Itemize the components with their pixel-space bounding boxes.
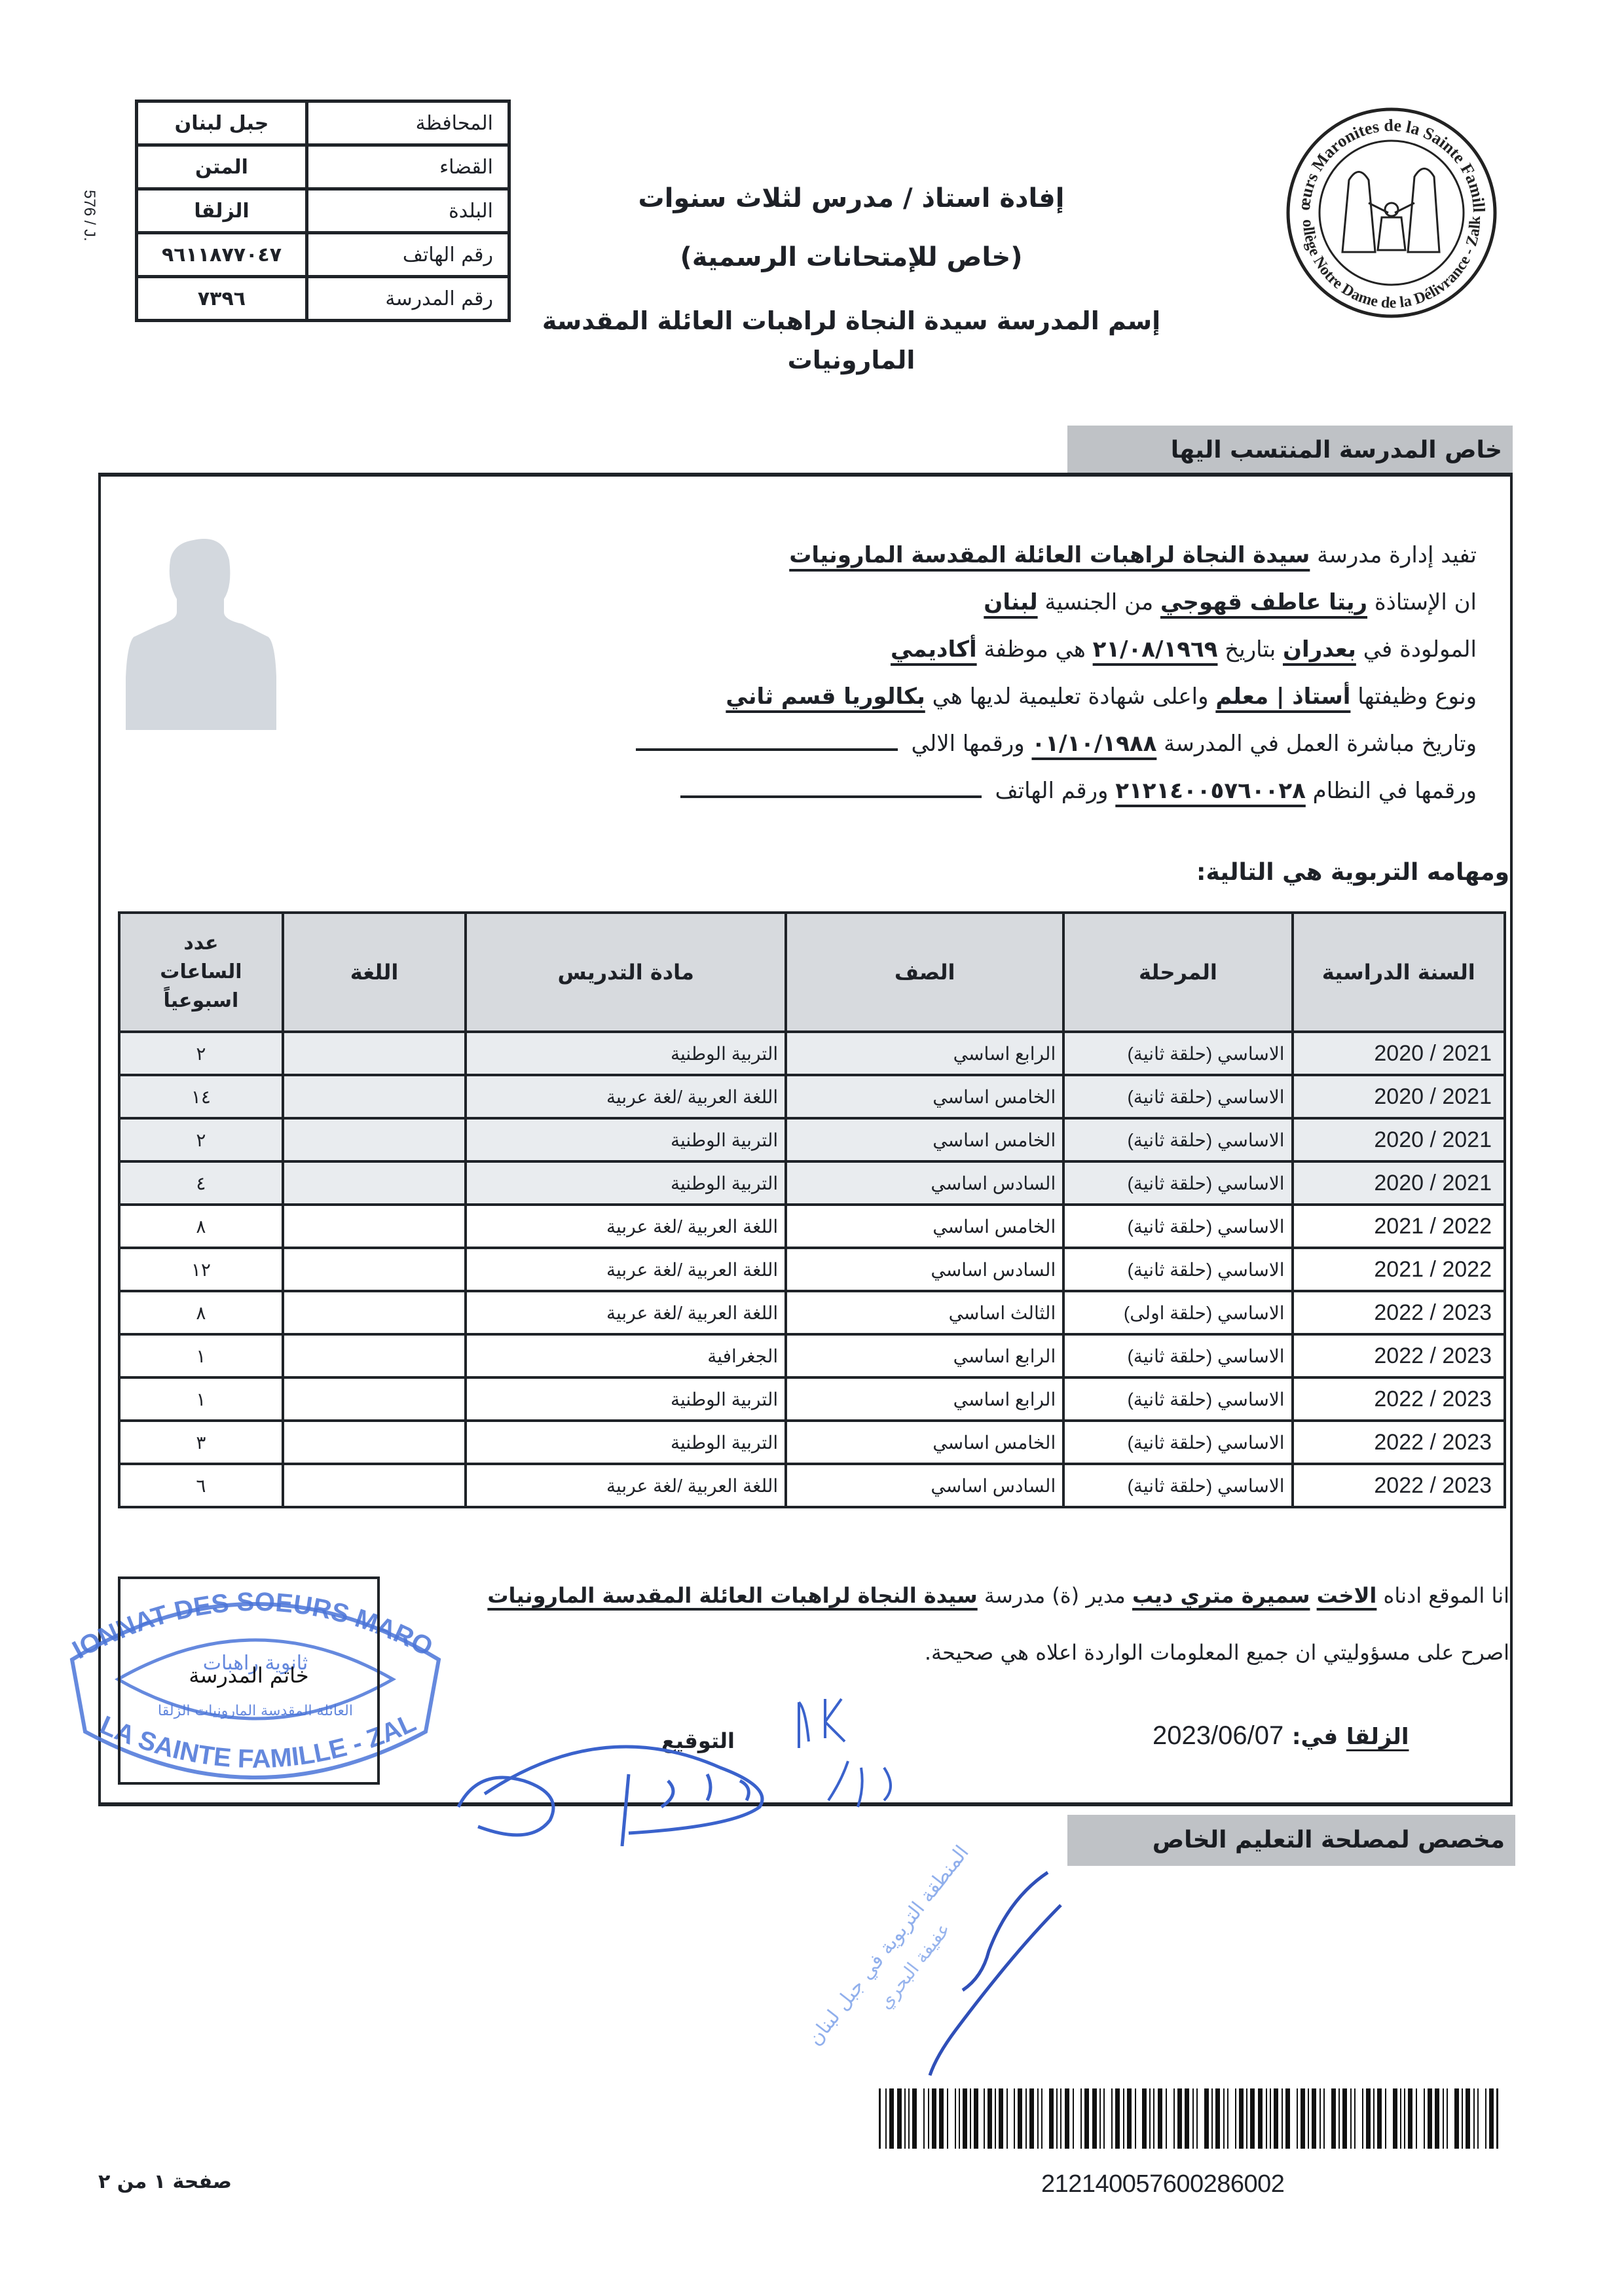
barcode-number: 212140057600286002 bbox=[1041, 2170, 1284, 2198]
info-row: المحافظة جبل لبنان bbox=[137, 101, 509, 145]
nationality-value: لبنان bbox=[984, 589, 1037, 615]
cell-grade: الخامس اساسي bbox=[786, 1205, 1063, 1248]
cell-grade: الثالث اساسي bbox=[786, 1291, 1063, 1334]
info-label: المحافظة bbox=[307, 101, 509, 145]
cell-stage: الاساسي (حلقة ثانية) bbox=[1063, 1377, 1292, 1421]
handwritten-note: A·K وارد bbox=[816, 1727, 819, 1729]
cell-subject: اللغة العربية /لغة عربية bbox=[466, 1464, 786, 1507]
info-value: ٩٦١١٨٧٧٠٤٧ bbox=[137, 233, 307, 277]
cert-line-4: ونوع وظيفتها أستاذ | معلم واعلى شهادة تع… bbox=[726, 673, 1477, 720]
cell-grade: الرابع اساسي bbox=[786, 1377, 1063, 1421]
place-value: الزلقا bbox=[1346, 1724, 1409, 1750]
table-row: 2021 / 2022 الاساسي (حلقة ثانية) السادس … bbox=[119, 1248, 1505, 1291]
date-value: 2023/06/07 bbox=[1153, 1721, 1283, 1750]
cell-hours: ٢ bbox=[119, 1032, 283, 1075]
cell-year: 2021 / 2022 bbox=[1293, 1205, 1505, 1248]
table-header-row: السنة الدراسية المرحلة الصف مادة التدريس… bbox=[119, 913, 1505, 1032]
cell-hours: ٤ bbox=[119, 1161, 283, 1205]
cert-text: وتاريخ مباشرة العمل في المدرسة bbox=[1164, 731, 1477, 757]
section-private-education-header: مخصص لمصلحة التعليم الخاص bbox=[1067, 1815, 1515, 1866]
cell-grade: الرابع اساسي bbox=[786, 1032, 1063, 1075]
cell-language bbox=[283, 1075, 466, 1118]
document-subtitle: (خاص للإمتحانات الرسمية) bbox=[524, 242, 1179, 272]
header-language: اللغة bbox=[283, 913, 466, 1032]
table-row: 2021 / 2022 الاساسي (حلقة ثانية) الخامس … bbox=[119, 1205, 1505, 1248]
teaching-tasks-table: السنة الدراسية المرحلة الصف مادة التدريس… bbox=[118, 911, 1506, 1508]
table-row: 2022 / 2023 الاساسي (حلقة ثانية) الرابع … bbox=[119, 1377, 1505, 1421]
cell-grade: الخامس اساسي bbox=[786, 1075, 1063, 1118]
table-row: 2020 / 2021 الاساسي (حلقة ثانية) السادس … bbox=[119, 1161, 1505, 1205]
cert-text: بتاريخ bbox=[1225, 636, 1276, 663]
header-weekly-hours: عدد الساعات اسبوعياً bbox=[119, 913, 283, 1032]
certificate-paragraph: تفيد إدارة مدرسة سيدة النجاة لراهبات الع… bbox=[232, 532, 1477, 793]
cell-year: 2022 / 2023 bbox=[1293, 1377, 1505, 1421]
decl-school-name: سيدة النجاة لراهبات العائلة المقدسة الما… bbox=[487, 1583, 977, 1608]
cell-hours: ٣ bbox=[119, 1421, 283, 1464]
cert-text: المولودة في bbox=[1363, 636, 1477, 663]
cell-year: 2020 / 2021 bbox=[1293, 1161, 1505, 1205]
info-value: الزلقا bbox=[137, 189, 307, 233]
table-row: 2022 / 2023 الاساسي (حلقة اولى) الثالث ا… bbox=[119, 1291, 1505, 1334]
cert-line-5: وتاريخ مباشرة العمل في المدرسة ٠١/١٠/١٩٨… bbox=[636, 720, 1477, 767]
cell-hours: ٨ bbox=[119, 1205, 283, 1248]
regional-stamp: المنطقة التربوية في جبل لبنان عفيفة البح… bbox=[740, 1833, 1067, 2082]
cell-hours: ٢ bbox=[119, 1118, 283, 1161]
cell-subject: اللغة العربية /لغة عربية bbox=[466, 1205, 786, 1248]
cell-grade: السادس اساسي bbox=[786, 1464, 1063, 1507]
cell-subject: التربية الوطنية bbox=[466, 1032, 786, 1075]
phone-blank bbox=[680, 789, 982, 798]
header-stage: المرحلة bbox=[1063, 913, 1292, 1032]
cert-text: من الجنسية bbox=[1044, 589, 1153, 615]
birth-date-value: ٢١/٠٨/١٩٦٩ bbox=[1093, 636, 1218, 663]
cell-hours: ١٤ bbox=[119, 1075, 283, 1118]
document-title: إفادة استاذ / مدرس لثلاث سنوات bbox=[524, 183, 1179, 213]
table-row: 2020 / 2021 الاساسي (حلقة ثانية) الخامس … bbox=[119, 1075, 1505, 1118]
info-value: المتن bbox=[137, 145, 307, 189]
info-label: البلدة bbox=[307, 189, 509, 233]
declaration-line-2: اصرح على مسؤوليتي ان جميع المعلومات الوا… bbox=[925, 1640, 1509, 1665]
school-info-table: المحافظة جبل لبنان القضاء المتن البلدة ا… bbox=[135, 100, 511, 322]
cell-stage: الاساسي (حلقة ثانية) bbox=[1063, 1075, 1292, 1118]
cell-language bbox=[283, 1464, 466, 1507]
teacher-name-value: ريتا عاطف قهوجي bbox=[1160, 589, 1367, 615]
degree-value: بكالوريا قسم ثاني bbox=[726, 683, 925, 710]
cell-hours: ١٢ bbox=[119, 1248, 283, 1291]
barcode bbox=[877, 2088, 1500, 2149]
cell-subject: الجغرافية bbox=[466, 1334, 786, 1377]
cert-line-3: المولودة في بعدران بتاريخ ٢١/٠٨/١٩٦٩ هي … bbox=[891, 626, 1477, 673]
cell-year: 2022 / 2023 bbox=[1293, 1291, 1505, 1334]
info-row: القضاء المتن bbox=[137, 145, 509, 189]
cert-line-6: ورقمها في النظام ٢١٢١٤٠٠٥٧٦٠٠٢٨ ورقم اله… bbox=[680, 767, 1477, 814]
cell-stage: الاساسي (حلقة ثانية) bbox=[1063, 1032, 1292, 1075]
cell-grade: الخامس اساسي bbox=[786, 1118, 1063, 1161]
cell-language bbox=[283, 1205, 466, 1248]
start-date-value: ٠١/١٠/١٩٨٨ bbox=[1031, 731, 1156, 757]
cell-stage: الاساسي (حلقة ثانية) bbox=[1063, 1421, 1292, 1464]
cell-subject: التربية الوطنية bbox=[466, 1161, 786, 1205]
cell-subject: التربية الوطنية bbox=[466, 1118, 786, 1161]
cert-text: ان الإستاذة bbox=[1375, 589, 1477, 615]
school-seal-logo: Sœurs Maronites de la Sainte Famille Col… bbox=[1283, 105, 1500, 321]
seal-top-text: Sœurs Maronites de la Sainte Famille bbox=[1283, 105, 1488, 213]
cell-hours: ١ bbox=[119, 1334, 283, 1377]
cell-language bbox=[283, 1377, 466, 1421]
director-title: الاخت bbox=[1317, 1583, 1377, 1608]
info-label: رقم الهاتف bbox=[307, 233, 509, 277]
page-number: صفحة ١ من ٢ bbox=[98, 2170, 232, 2193]
cert-text: ورقمها في النظام bbox=[1313, 778, 1477, 804]
cell-grade: السادس اساسي bbox=[786, 1248, 1063, 1291]
cert-text: ورقمها الالي bbox=[912, 731, 1025, 757]
cert-text: واعلى شهادة تعليمية لديها هي bbox=[932, 683, 1209, 710]
info-row: البلدة الزلقا bbox=[137, 189, 509, 233]
table-row: 2020 / 2021 الاساسي (حلقة ثانية) الرابع … bbox=[119, 1032, 1505, 1075]
cell-year: 2022 / 2023 bbox=[1293, 1421, 1505, 1464]
place-date-line: الزلقا في: 2023/06/07 bbox=[1153, 1721, 1409, 1751]
cell-stage: الاساسي (حلقة ثانية) bbox=[1063, 1205, 1292, 1248]
school-name-line1: إسم المدرسة سيدة النجاة لراهبات العائلة … bbox=[524, 301, 1179, 340]
director-first-name: سميرة متري ديب bbox=[1132, 1583, 1310, 1608]
cell-hours: ٦ bbox=[119, 1464, 283, 1507]
cell-subject: اللغة العربية /لغة عربية bbox=[466, 1075, 786, 1118]
svg-text:Sœurs Maronites de la Sainte F: Sœurs Maronites de la Sainte Famille bbox=[1283, 105, 1488, 213]
cell-grade: الرابع اساسي bbox=[786, 1334, 1063, 1377]
cell-language bbox=[283, 1161, 466, 1205]
job-type-value: أستاذ | معلم bbox=[1215, 683, 1350, 710]
table-row: 2022 / 2023 الاساسي (حلقة ثانية) الرابع … bbox=[119, 1334, 1505, 1377]
auto-number-blank bbox=[636, 742, 898, 751]
info-row: رقم الهاتف ٩٦١١٨٧٧٠٤٧ bbox=[137, 233, 509, 277]
cell-stage: الاساسي (حلقة اولى) bbox=[1063, 1291, 1292, 1334]
stamp-label: خاتم المدرسة bbox=[118, 1663, 380, 1688]
cell-year: 2021 / 2022 bbox=[1293, 1248, 1505, 1291]
cell-subject: اللغة العربية /لغة عربية bbox=[466, 1248, 786, 1291]
employee-type-value: أكاديمي bbox=[891, 636, 977, 663]
info-row: رقم المدرسة ٧٣٩٦ bbox=[137, 277, 509, 321]
cell-stage: الاساسي (حلقة ثانية) bbox=[1063, 1464, 1292, 1507]
cell-language bbox=[283, 1032, 466, 1075]
decl-text: انا الموقع ادناه bbox=[1384, 1583, 1509, 1608]
cell-year: 2020 / 2021 bbox=[1293, 1032, 1505, 1075]
cell-grade: السادس اساسي bbox=[786, 1161, 1063, 1205]
cell-language bbox=[283, 1118, 466, 1161]
cell-year: 2022 / 2023 bbox=[1293, 1334, 1505, 1377]
tasks-heading: ومهامه التربوية هي التالية: bbox=[1196, 859, 1509, 886]
header-grade: الصف bbox=[786, 913, 1063, 1032]
table-row: 2020 / 2021 الاساسي (حلقة ثانية) الخامس … bbox=[119, 1118, 1505, 1161]
decl-text: مدير (ة) مدرسة bbox=[984, 1583, 1126, 1608]
info-label: القضاء bbox=[307, 145, 509, 189]
cell-stage: الاساسي (حلقة ثانية) bbox=[1063, 1248, 1292, 1291]
handwritten-signature: A·K وارد bbox=[432, 1676, 956, 1846]
system-number-value: ٢١٢١٤٠٠٥٧٦٠٠٢٨ bbox=[1115, 778, 1306, 804]
info-label: رقم المدرسة bbox=[307, 277, 509, 321]
cert-text: هي موظفة bbox=[984, 636, 1085, 663]
cert-text: ورقم الهاتف bbox=[995, 778, 1108, 804]
birth-place-value: بعدران bbox=[1283, 636, 1356, 663]
info-value: ٧٣٩٦ bbox=[137, 277, 307, 321]
info-value: جبل لبنان bbox=[137, 101, 307, 145]
cert-line-1: تفيد إدارة مدرسة سيدة النجاة لراهبات الع… bbox=[789, 532, 1477, 579]
in-label: في: bbox=[1292, 1724, 1338, 1750]
cert-text: ونوع وظيفتها bbox=[1357, 683, 1477, 710]
declaration-line-1: انا الموقع ادناه الاخت سميرة متري ديب مد… bbox=[487, 1583, 1509, 1608]
cell-year: 2020 / 2021 bbox=[1293, 1075, 1505, 1118]
cell-language bbox=[283, 1248, 466, 1291]
school-name-heading: إسم المدرسة سيدة النجاة لراهبات العائلة … bbox=[524, 301, 1179, 380]
cell-year: 2022 / 2023 bbox=[1293, 1464, 1505, 1507]
cert-text: تفيد إدارة مدرسة bbox=[1317, 542, 1477, 568]
school-name-value: سيدة النجاة لراهبات العائلة المقدسة الما… bbox=[789, 542, 1310, 568]
school-name-line2: المارونيات bbox=[524, 340, 1179, 380]
cell-year: 2020 / 2021 bbox=[1293, 1118, 1505, 1161]
cell-stage: الاساسي (حلقة ثانية) bbox=[1063, 1334, 1292, 1377]
cell-language bbox=[283, 1291, 466, 1334]
cell-language bbox=[283, 1334, 466, 1377]
header-academic-year: السنة الدراسية bbox=[1293, 913, 1505, 1032]
cell-hours: ٨ bbox=[119, 1291, 283, 1334]
cell-language bbox=[283, 1421, 466, 1464]
region-stamp-line1: المنطقة التربوية في جبل لبنان bbox=[803, 1841, 974, 2050]
cell-subject: اللغة العربية /لغة عربية bbox=[466, 1291, 786, 1334]
cell-stage: الاساسي (حلقة ثانية) bbox=[1063, 1118, 1292, 1161]
cell-subject: التربية الوطنية bbox=[466, 1377, 786, 1421]
cell-subject: التربية الوطنية bbox=[466, 1421, 786, 1464]
cert-line-2: ان الإستاذة ريتا عاطف قهوجي من الجنسية ل… bbox=[984, 579, 1477, 626]
table-row: 2022 / 2023 الاساسي (حلقة ثانية) الخامس … bbox=[119, 1421, 1505, 1464]
cell-grade: الخامس اساسي bbox=[786, 1421, 1063, 1464]
section-school-header: خاص المدرسة المنتسب اليها bbox=[1067, 426, 1513, 475]
cell-stage: الاساسي (حلقة ثانية) bbox=[1063, 1161, 1292, 1205]
table-row: 2022 / 2023 الاساسي (حلقة ثانية) السادس … bbox=[119, 1464, 1505, 1507]
cell-hours: ١ bbox=[119, 1377, 283, 1421]
header-subject: مادة التدريس bbox=[466, 913, 786, 1032]
reference-number: 576 / J. bbox=[80, 190, 98, 242]
